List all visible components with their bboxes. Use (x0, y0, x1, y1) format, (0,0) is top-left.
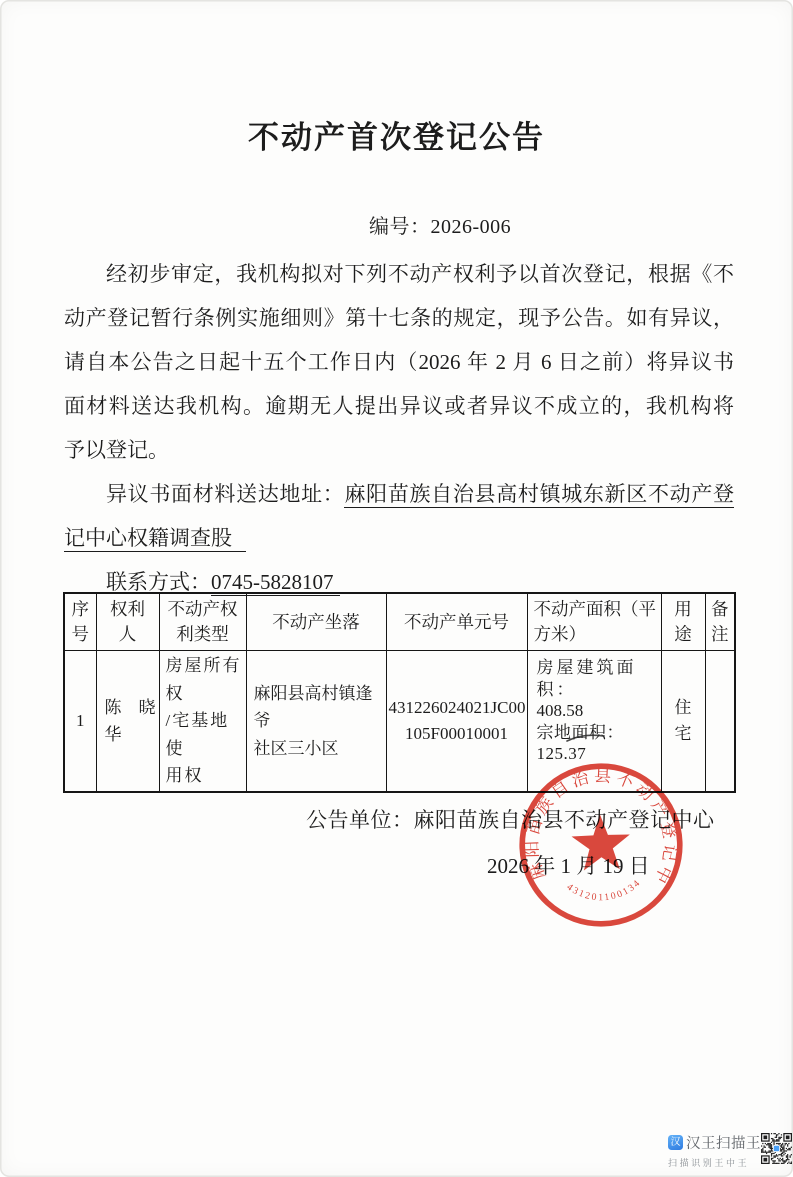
body-line: 动产登记暂行条例实施细则》第十七条的规定，现予公告。如有异议， (64, 296, 734, 340)
qr-code (761, 1133, 792, 1164)
announcement-body: 经初步审定，我机构拟对下列不动产权利予以首次登记，根据《不 动产登记暂行条例实施… (64, 252, 734, 604)
area-building-value: 408.58 (537, 700, 659, 722)
official-seal: 麻阳苗族自治县不动产登记中心 43120110013461 (510, 754, 692, 936)
header-area: 不动产面积（平 方米） (527, 593, 661, 651)
seal-org-text: 麻阳苗族自治县不动产登记中心 (510, 754, 682, 896)
header-usage: 用 途 (661, 593, 705, 651)
page-title: 不动产首次登记公告 (0, 112, 793, 157)
cell-unit-no: 431226024021JC00 105F00010001 (386, 651, 527, 792)
header-unit-no: 不动产单元号 (386, 593, 527, 651)
address-value: 麻阳苗族自治县高村镇城东新区不动产登 (344, 482, 734, 508)
header-owner: 权利 人 (96, 593, 159, 651)
pen-mark (565, 731, 607, 745)
header-seq: 序 号 (64, 593, 96, 651)
cell-seq: 1 (64, 651, 96, 792)
address-value-continued: 记中心权籍调查股 (64, 526, 246, 552)
body-line: 经初步审定，我机构拟对下列不动产权利予以首次登记，根据《不 (64, 252, 734, 296)
document-page: 不动产首次登记公告 编号：2026-006 经初步审定，我机构拟对下列不动产权利… (0, 0, 793, 1177)
contact-label: 联系方式： (106, 570, 211, 594)
address-line: 异议书面材料送达地址：麻阳苗族自治县高村镇城东新区不动产登 (64, 472, 734, 516)
header-remark: 备 注 (705, 593, 735, 651)
seal-star-icon (571, 813, 631, 871)
cell-right-type: 房屋所有权 /宅基地使 用权 (159, 651, 246, 792)
scanner-watermark: 汉 汉王扫描王 扫描识别王中王 (668, 1132, 792, 1168)
table-header-row: 序 号 权利 人 不动产权 利类型 不动产坐落 不动产单元号 不动产面积（平 方… (64, 593, 735, 651)
scanner-app-name: 汉王扫描王 (686, 1132, 761, 1153)
header-right-type: 不动产权 利类型 (159, 593, 246, 651)
address-line-2: 记中心权籍调查股 (64, 516, 734, 560)
scanner-app-icon: 汉 (668, 1135, 683, 1150)
header-location: 不动产坐落 (246, 593, 386, 651)
cell-location: 麻阳县高村镇逢爷 社区三小区 (246, 651, 386, 792)
body-line: 予以登记。 (64, 428, 734, 472)
body-line: 请自本公告之日起十五个工作日内（2026 年 2 月 6 日之前）将异议书 (64, 340, 734, 384)
area-building-label: 房屋建筑面积： (537, 657, 659, 700)
watermark-text-block: 汉 汉王扫描王 扫描识别王中王 (668, 1132, 756, 1169)
doc-number: 编号：2026-006 (369, 210, 511, 239)
address-label: 异议书面材料送达地址： (106, 482, 344, 506)
body-line: 面材料送达我机构。逾期无人提出异议或者异议不成立的，我机构将 (64, 384, 734, 428)
cell-owner: 陈 晓 华 (96, 651, 159, 792)
cell-remark (705, 651, 735, 792)
issuer-label: 公告单位： (306, 808, 414, 832)
scanner-tagline: 扫描识别王中王 (668, 1156, 756, 1169)
